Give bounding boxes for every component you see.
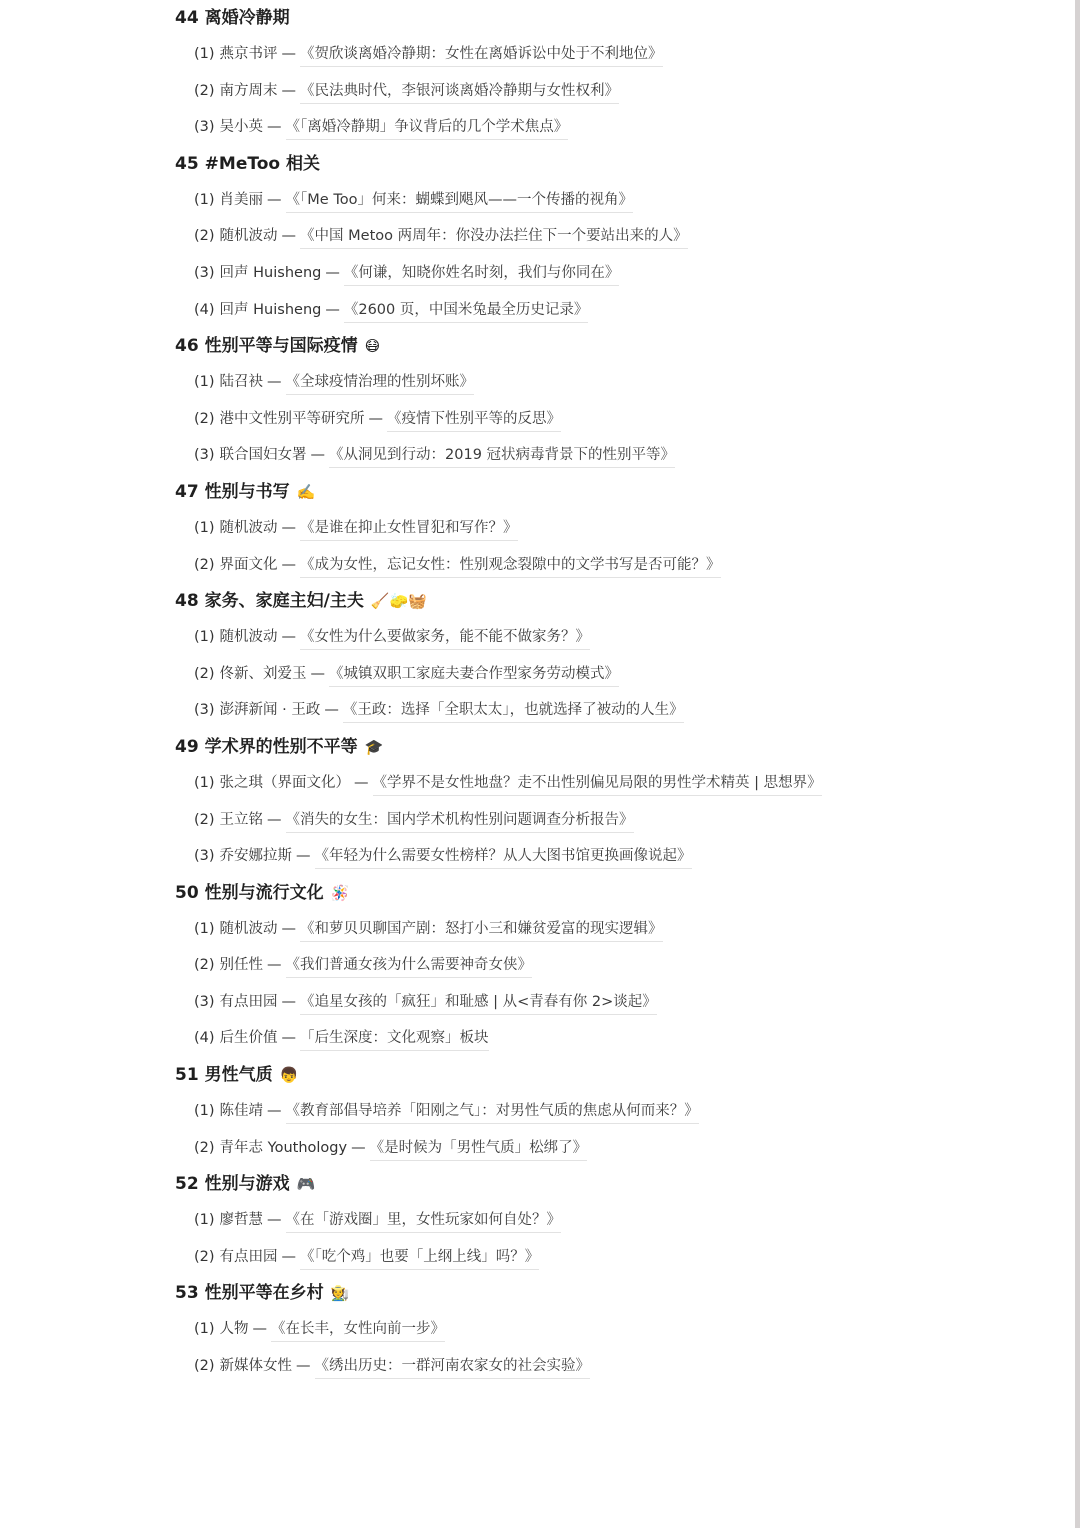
item-index: (1) [194, 765, 215, 802]
item-author: 联合国妇女署 [220, 437, 307, 474]
topic-section-51: 51 男性气质 👦 (1) 陈佳靖 — 《教育部倡导培养「阳刚之气」：对男性气质… [175, 1057, 1055, 1166]
section-title: 男性气质 [205, 1060, 273, 1090]
list-item: (3) 澎湃新闻 · 王政 — 《王政：选择「全职太太」，也就选择了被动的人生》 [175, 692, 1055, 729]
separator-dash: — [267, 109, 282, 146]
separator-dash: — [282, 73, 297, 110]
list-item: (3) 回声 Huisheng — 《何谦，知晓你姓名时刻，我们与你同在》 [175, 255, 1055, 292]
separator-dash: — [325, 255, 340, 292]
list-item: (2) 有点田园 — 《「吃个鸡」也要「上纲上线」吗？》 [175, 1239, 1055, 1276]
list-item: (1) 肖美丽 — 《「Me Too」何来：蝴蝶到飓风——一个传播的视角》 [175, 182, 1055, 219]
separator-dash: — [267, 364, 282, 401]
separator-dash: — [296, 838, 311, 875]
section-heading: 53 性别平等在乡村 🧑‍🌾 [175, 1275, 1055, 1311]
article-link[interactable]: 《2600 页，中国米兔最全历史记录》 [344, 300, 589, 323]
list-item: (4) 后生价值 — 「后生深度：文化观察」板块 [175, 1020, 1055, 1057]
list-item: (1) 廖哲慧 — 《在「游戏圈」里，女性玩家如何自处？》 [175, 1202, 1055, 1239]
article-link[interactable]: 《城镇双职工家庭夫妻合作型家务劳动模式》 [329, 664, 619, 687]
separator-dash: — [282, 911, 297, 948]
separator-dash: — [267, 1093, 282, 1130]
list-item: (1) 随机波动 — 《和萝贝贝聊国产剧：怒打小三和嫌贫爱富的现实逻辑》 [175, 911, 1055, 948]
section-heading: 51 男性气质 👦 [175, 1057, 1055, 1093]
article-link[interactable]: 《中国 Metoo 两周年：你没办法拦住下一个要站出来的人》 [300, 226, 688, 249]
article-link[interactable]: 《疫情下性别平等的反思》 [387, 409, 561, 432]
article-link[interactable]: 《贺欣谈离婚冷静期：女性在离婚诉讼中处于不利地位》 [300, 44, 663, 67]
section-number: 44 [175, 3, 199, 33]
section-title: 性别与流行文化 [205, 878, 324, 908]
article-link[interactable]: 《在「游戏圈」里，女性玩家如何自处？》 [286, 1210, 562, 1233]
separator-dash: — [282, 984, 297, 1021]
item-author: 南方周末 [220, 73, 278, 110]
item-index: (1) [194, 364, 215, 401]
article-link[interactable]: 《女性为什么要做家务，能不能不做家务？》 [300, 627, 590, 650]
section-title: 离婚冷静期 [205, 3, 290, 33]
list-item: (2) 青年志 Youthology — 《是时候为「男性气质」松绑了》 [175, 1130, 1055, 1167]
separator-dash: — [267, 1202, 282, 1239]
section-heading: 48 家务、家庭主妇/主夫 🧹🧽🧺 [175, 583, 1055, 619]
list-item: (3) 联合国妇女署 — 《从洞见到行动：2019 冠状病毒背景下的性别平等》 [175, 437, 1055, 474]
separator-dash: — [267, 947, 282, 984]
article-list: (1) 张之琪（界面文化） — 《学界不是女性地盘？走不出性别偏见局限的男性学术… [175, 765, 1055, 875]
item-author: 港中文性别平等研究所 [220, 401, 365, 438]
writing-hand-icon: ✍️ [297, 477, 316, 507]
section-title: 性别平等在乡村 [205, 1278, 324, 1308]
article-list: (1) 人物 — 《在长丰，女性向前一步》 (2) 新媒体女性 — 《绣出历史：… [175, 1311, 1055, 1384]
section-number: 49 [175, 732, 199, 762]
scrollbar-track[interactable] [1075, 0, 1080, 1528]
item-author: 吴小英 [220, 109, 264, 146]
item-author: 界面文化 [220, 547, 278, 584]
item-author: 青年志 Youthology [220, 1130, 348, 1167]
item-author: 廖哲慧 [220, 1202, 264, 1239]
item-index: (1) [194, 619, 215, 656]
item-author: 回声 Huisheng [220, 255, 322, 292]
article-link[interactable]: 《全球疫情治理的性别坏账》 [286, 372, 475, 395]
article-link[interactable]: 《从洞见到行动：2019 冠状病毒背景下的性别平等》 [329, 445, 675, 468]
item-index: (2) [194, 1348, 215, 1385]
article-list: (1) 燕京书评 — 《贺欣谈离婚冷静期：女性在离婚诉讼中处于不利地位》 (2)… [175, 36, 1055, 146]
item-author: 陆召袂 [220, 364, 264, 401]
list-item: (2) 新媒体女性 — 《绣出历史：一群河南农家女的社会实验》 [175, 1348, 1055, 1385]
game-controller-icon: 🎮 [297, 1169, 316, 1199]
article-list: (1) 肖美丽 — 《「Me Too」何来：蝴蝶到飓风——一个传播的视角》 (2… [175, 182, 1055, 328]
topic-section-48: 48 家务、家庭主妇/主夫 🧹🧽🧺 (1) 随机波动 — 《女性为什么要做家务，… [175, 583, 1055, 729]
separator-dash: — [325, 292, 340, 329]
item-index: (1) [194, 36, 215, 73]
separator-dash: — [282, 510, 297, 547]
separator-dash: — [369, 401, 384, 438]
item-author: 人物 [220, 1311, 249, 1348]
topic-section-45: 45 #MeToo 相关 (1) 肖美丽 — 《「Me Too」何来：蝴蝶到飓风… [175, 146, 1055, 328]
article-link[interactable]: 《王政：选择「全职太太」，也就选择了被动的人生》 [343, 700, 684, 723]
list-item: (1) 随机波动 — 《是谁在抑止女性冒犯和写作？》 [175, 510, 1055, 547]
separator-dash: — [282, 36, 297, 73]
separator-dash: — [282, 1020, 297, 1057]
item-author: 新媒体女性 [220, 1348, 293, 1385]
article-list: (1) 陈佳靖 — 《教育部倡导培养「阳刚之气」：对男性气质的焦虑从何而来？》 … [175, 1093, 1055, 1166]
item-index: (2) [194, 218, 215, 255]
topic-section-47: 47 性别与书写 ✍️ (1) 随机波动 — 《是谁在抑止女性冒犯和写作？》 (… [175, 474, 1055, 583]
item-author: 回声 Huisheng [220, 292, 322, 329]
item-index: (3) [194, 692, 215, 729]
topic-section-52: 52 性别与游戏 🎮 (1) 廖哲慧 — 《在「游戏圈」里，女性玩家如何自处？》… [175, 1166, 1055, 1275]
boy-face-icon: 👦 [280, 1060, 299, 1090]
separator-dash: — [282, 1239, 297, 1276]
separator-dash: — [267, 182, 282, 219]
item-author: 随机波动 [220, 619, 278, 656]
item-author: 有点田园 [220, 1239, 278, 1276]
item-author: 随机波动 [220, 218, 278, 255]
list-item: (2) 港中文性别平等研究所 — 《疫情下性别平等的反思》 [175, 401, 1055, 438]
list-item: (2) 别任性 — 《我们普通女孩为什么需要神奇女侠》 [175, 947, 1055, 984]
list-item: (3) 乔安娜拉斯 — 《年轻为什么需要女性榜样？从人大图书馆更换画像说起》 [175, 838, 1055, 875]
list-item: (3) 有点田园 — 《追星女孩的「疯狂」和耻感 | 从<青春有你 2>谈起》 [175, 984, 1055, 1021]
separator-dash: — [282, 619, 297, 656]
list-item: (1) 张之琪（界面文化） — 《学界不是女性地盘？走不出性别偏见局限的男性学术… [175, 765, 1055, 802]
reading-list-document: 44 离婚冷静期 (1) 燕京书评 — 《贺欣谈离婚冷静期：女性在离婚诉讼中处于… [175, 0, 1055, 1385]
article-link[interactable]: 《学界不是女性地盘？走不出性别偏见局限的男性学术精英 | 思想界》 [373, 773, 822, 796]
article-link[interactable]: 《「吃个鸡」也要「上纲上线」吗？》 [300, 1247, 539, 1270]
list-item: (2) 随机波动 — 《中国 Metoo 两周年：你没办法拦住下一个要站出来的人… [175, 218, 1055, 255]
item-author: 乔安娜拉斯 [220, 838, 293, 875]
item-index: (3) [194, 437, 215, 474]
item-author: 陈佳靖 [220, 1093, 264, 1130]
article-list: (1) 随机波动 — 《和萝贝贝聊国产剧：怒打小三和嫌贫爱富的现实逻辑》 (2)… [175, 911, 1055, 1057]
item-author: 燕京书评 [220, 36, 278, 73]
item-author: 随机波动 [220, 911, 278, 948]
article-link[interactable]: 《消失的女生：国内学术机构性别问题调查分析报告》 [286, 810, 634, 833]
article-link[interactable]: 《绣出历史：一群河南农家女的社会实验》 [315, 1356, 591, 1379]
section-heading: 44 离婚冷静期 [175, 0, 1055, 36]
article-link[interactable]: 《是时候为「男性气质」松绑了》 [370, 1138, 588, 1161]
section-number: 47 [175, 477, 199, 507]
item-index: (1) [194, 510, 215, 547]
item-author: 后生价值 [220, 1020, 278, 1057]
list-item: (2) 佟新、刘爱玉 — 《城镇双职工家庭夫妻合作型家务劳动模式》 [175, 656, 1055, 693]
list-item: (3) 吴小英 — 《「离婚冷静期」争议背后的几个学术焦点》 [175, 109, 1055, 146]
section-title: 性别平等与国际疫情 [205, 331, 358, 361]
article-link[interactable]: 「后生深度：文化观察」板块 [300, 1028, 489, 1051]
item-author: 肖美丽 [220, 182, 264, 219]
item-index: (1) [194, 182, 215, 219]
item-index: (2) [194, 547, 215, 584]
item-index: (2) [194, 1130, 215, 1167]
item-author: 佟新、刘爱玉 [220, 656, 307, 693]
item-index: (3) [194, 255, 215, 292]
article-link[interactable]: 《民法典时代，李银河谈离婚冷静期与女性权利》 [300, 81, 619, 104]
section-number: 50 [175, 878, 199, 908]
separator-dash: — [296, 1348, 311, 1385]
section-heading: 50 性别与流行文化 🪅 [175, 875, 1055, 911]
separator-dash: — [351, 1130, 366, 1167]
article-list: (1) 陆召袂 — 《全球疫情治理的性别坏账》 (2) 港中文性别平等研究所 —… [175, 364, 1055, 474]
topic-section-53: 53 性别平等在乡村 🧑‍🌾 (1) 人物 — 《在长丰，女性向前一步》 (2)… [175, 1275, 1055, 1384]
item-author: 王立铭 [220, 802, 264, 839]
item-index: (3) [194, 984, 215, 1021]
item-index: (2) [194, 1239, 215, 1276]
section-heading: 45 #MeToo 相关 [175, 146, 1055, 182]
graduation-cap-icon: 🎓 [365, 732, 384, 762]
item-index: (4) [194, 292, 215, 329]
section-number: 45 [175, 149, 199, 179]
item-index: (1) [194, 1311, 215, 1348]
separator-dash: — [311, 437, 326, 474]
article-link[interactable]: 《教育部倡导培养「阳刚之气」：对男性气质的焦虑从何而来？》 [286, 1101, 699, 1124]
article-link[interactable]: 《追星女孩的「疯狂」和耻感 | 从<青春有你 2>谈起》 [300, 992, 657, 1015]
section-title: 家务、家庭主妇/主夫 [205, 586, 364, 616]
section-number: 52 [175, 1169, 199, 1199]
article-list: (1) 随机波动 — 《女性为什么要做家务，能不能不做家务？》 (2) 佟新、刘… [175, 619, 1055, 729]
list-item: (1) 陈佳靖 — 《教育部倡导培养「阳刚之气」：对男性气质的焦虑从何而来？》 [175, 1093, 1055, 1130]
list-item: (2) 界面文化 — 《成为女性，忘记女性：性别观念裂隙中的文学书写是否可能？》 [175, 547, 1055, 584]
item-index: (2) [194, 73, 215, 110]
article-link[interactable]: 《在长丰，女性向前一步》 [271, 1319, 445, 1342]
separator-dash: — [324, 692, 339, 729]
article-list: (1) 廖哲慧 — 《在「游戏圈」里，女性玩家如何自处？》 (2) 有点田园 —… [175, 1202, 1055, 1275]
section-heading: 47 性别与书写 ✍️ [175, 474, 1055, 510]
item-author: 有点田园 [220, 984, 278, 1021]
pop-culture-icon: 🪅 [331, 878, 350, 908]
article-link[interactable]: 《是谁在抑止女性冒犯和写作？》 [300, 518, 518, 541]
item-author: 澎湃新闻 · 王政 [220, 692, 321, 729]
article-link[interactable]: 《和萝贝贝聊国产剧：怒打小三和嫌贫爱富的现实逻辑》 [300, 919, 663, 942]
section-heading: 49 学术界的性别不平等 🎓 [175, 729, 1055, 765]
section-title: 性别与游戏 [205, 1169, 290, 1199]
topic-section-44: 44 离婚冷静期 (1) 燕京书评 — 《贺欣谈离婚冷静期：女性在离婚诉讼中处于… [175, 0, 1055, 146]
item-index: (3) [194, 838, 215, 875]
article-list: (1) 随机波动 — 《是谁在抑止女性冒犯和写作？》 (2) 界面文化 — 《成… [175, 510, 1055, 583]
separator-dash: — [311, 656, 326, 693]
item-index: (4) [194, 1020, 215, 1057]
separator-dash: — [267, 802, 282, 839]
item-index: (2) [194, 656, 215, 693]
list-item: (2) 王立铭 — 《消失的女生：国内学术机构性别问题调查分析报告》 [175, 802, 1055, 839]
article-link[interactable]: 《年轻为什么需要女性榜样？从人大图书馆更换画像说起》 [315, 846, 692, 869]
separator-dash: — [282, 547, 297, 584]
section-number: 51 [175, 1060, 199, 1090]
section-title: #MeToo 相关 [205, 149, 320, 179]
article-link[interactable]: 《成为女性，忘记女性：性别观念裂隙中的文学书写是否可能？》 [300, 555, 721, 578]
separator-dash: — [354, 765, 369, 802]
section-title: 学术界的性别不平等 [205, 732, 358, 762]
topic-section-50: 50 性别与流行文化 🪅 (1) 随机波动 — 《和萝贝贝聊国产剧：怒打小三和嫌… [175, 875, 1055, 1057]
list-item: (1) 燕京书评 — 《贺欣谈离婚冷静期：女性在离婚诉讼中处于不利地位》 [175, 36, 1055, 73]
item-author: 别任性 [220, 947, 264, 984]
section-number: 46 [175, 331, 199, 361]
item-index: (1) [194, 911, 215, 948]
item-index: (1) [194, 1093, 215, 1130]
item-index: (2) [194, 802, 215, 839]
item-index: (2) [194, 947, 215, 984]
article-link[interactable]: 《「Me Too」何来：蝴蝶到飓风——一个传播的视角》 [286, 190, 633, 213]
item-author: 张之琪（界面文化） [220, 765, 351, 802]
separator-dash: — [282, 218, 297, 255]
article-link[interactable]: 《何谦，知晓你姓名时刻，我们与你同在》 [344, 263, 620, 286]
item-author: 随机波动 [220, 510, 278, 547]
list-item: (2) 南方周末 — 《民法典时代，李银河谈离婚冷静期与女性权利》 [175, 73, 1055, 110]
section-number: 48 [175, 586, 199, 616]
list-item: (1) 人物 — 《在长丰，女性向前一步》 [175, 1311, 1055, 1348]
broom-sponge-basket-icon: 🧹🧽🧺 [371, 586, 427, 616]
item-index: (1) [194, 1202, 215, 1239]
separator-dash: — [253, 1311, 268, 1348]
section-heading: 46 性别平等与国际疫情 😷 [175, 328, 1055, 364]
topic-section-46: 46 性别平等与国际疫情 😷 (1) 陆召袂 — 《全球疫情治理的性别坏账》 (… [175, 328, 1055, 474]
mask-face-icon: 😷 [365, 331, 381, 361]
list-item: (1) 随机波动 — 《女性为什么要做家务，能不能不做家务？》 [175, 619, 1055, 656]
topic-section-49: 49 学术界的性别不平等 🎓 (1) 张之琪（界面文化） — 《学界不是女性地盘… [175, 729, 1055, 875]
item-index: (2) [194, 401, 215, 438]
section-heading: 52 性别与游戏 🎮 [175, 1166, 1055, 1202]
article-link[interactable]: 《我们普通女孩为什么需要神奇女侠》 [286, 955, 533, 978]
section-number: 53 [175, 1278, 199, 1308]
item-index: (3) [194, 109, 215, 146]
farmer-icon: 🧑‍🌾 [331, 1278, 350, 1308]
section-title: 性别与书写 [205, 477, 290, 507]
article-link[interactable]: 《「离婚冷静期」争议背后的几个学术焦点》 [286, 117, 569, 140]
list-item: (4) 回声 Huisheng — 《2600 页，中国米兔最全历史记录》 [175, 292, 1055, 329]
list-item: (1) 陆召袂 — 《全球疫情治理的性别坏账》 [175, 364, 1055, 401]
